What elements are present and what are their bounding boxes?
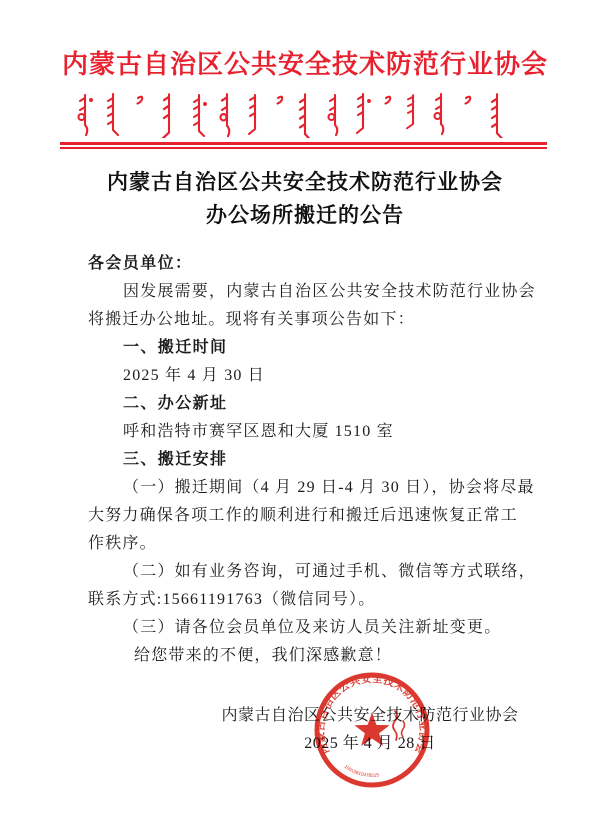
document-title: 内蒙古自治区公共安全技术防范行业协会 办公场所搬迁的公告 xyxy=(0,166,610,232)
body-line: 将搬迁办公地址。现将有关事项公告如下： xyxy=(88,306,540,334)
move-date: 2025 年 4 月 30 日 xyxy=(88,362,540,390)
mongolian-script-decoration xyxy=(77,90,533,143)
new-address: 呼和浩特市赛罕区恩和大厦 1510 室 xyxy=(88,418,540,446)
notice-document-page: 内蒙古自治区公共安全技术防范行业协会 xyxy=(0,0,610,816)
section-1-heading: 一、搬迁时间 xyxy=(88,334,540,362)
notice-body: 各会员单位： 因发展需要，内蒙古自治区公共安全技术防范行业协会 将搬迁办公地址。… xyxy=(88,250,540,670)
apology-line: 给您带来的不便，我们深感歉意！ xyxy=(88,642,540,670)
body-line: 大努力确保各项工作的顺利进行和搬迁后迅速恢复正常工 xyxy=(88,502,540,530)
signature-org: 内蒙古自治区公共安全技术防范行业协会 xyxy=(205,702,535,730)
body-line: （三）请各位会员单位及来访人员关注新址变更。 xyxy=(88,614,540,642)
signature-date: 2025 年 4 月 28 日 xyxy=(205,730,535,758)
svg-text:15910810478515: 15910810478515 xyxy=(343,764,380,779)
letterhead-org-name: 内蒙古自治区公共安全技术防范行业协会 xyxy=(0,44,610,81)
mongolian-vertical-script-icon xyxy=(77,90,533,138)
body-line: （二）如有业务咨询，可通过手机、微信等方式联络， xyxy=(88,558,540,586)
section-3-heading: 三、搬迁安排 xyxy=(88,446,540,474)
body-line: 因发展需要，内蒙古自治区公共安全技术防范行业协会 xyxy=(88,278,540,306)
salutation: 各会员单位： xyxy=(88,250,540,278)
double-red-rule xyxy=(60,142,547,149)
contact-phone-line: 联系方式:15661191763（微信同号）。 xyxy=(88,586,540,614)
body-line: （一）搬迁期间（4 月 29 日-4 月 30 日），协会将尽最 xyxy=(88,474,540,502)
signature-block: 内蒙古自治区公共安全技术防范行业协会 2025 年 4 月 28 日 xyxy=(205,702,535,758)
document-title-line1: 内蒙古自治区公共安全技术防范行业协会 xyxy=(0,166,610,199)
section-2-heading: 二、办公新址 xyxy=(88,390,540,418)
seal-code: 15910810478515 xyxy=(343,764,380,779)
body-line: 作秩序。 xyxy=(88,530,540,558)
document-title-line2: 办公场所搬迁的公告 xyxy=(0,199,610,232)
